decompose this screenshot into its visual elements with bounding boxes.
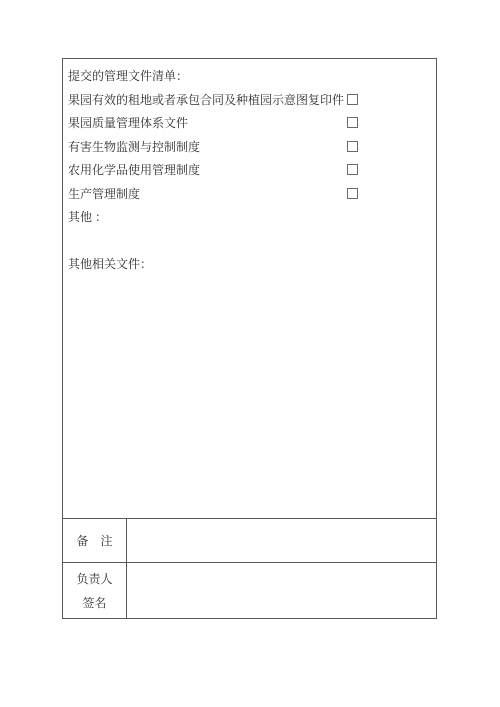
remark-row: 备 注 [63,519,436,563]
signature-label-cell: 负责人 签名 [63,563,127,618]
checklist-cell: 提交的管理文件清单： 果园有效的租地或者承包合同及种植园示意图复印件 果园质量管… [63,59,436,519]
checklist-item-label: 果园有效的租地或者承包合同及种植园示意图复印件 [68,91,344,108]
checkbox-icon [347,188,358,199]
checklist-item: 果园质量管理体系文件 [68,111,358,135]
remark-label: 备 注 [76,529,112,553]
checkbox-icon [347,94,358,105]
other-label: 其他 ： [68,208,107,225]
remark-value-cell [127,519,436,562]
other-row: 其他 ： [68,205,436,229]
checklist-item: 果园有效的租地或者承包合同及种植园示意图复印件 [68,88,358,112]
remark-label-cell: 备 注 [63,519,127,562]
signature-label-line2: 签名 [82,591,106,615]
checklist-item: 生产管理制度 [68,182,358,206]
document-table: 提交的管理文件清单： 果园有效的租地或者承包合同及种植园示意图复印件 果园质量管… [62,58,437,619]
signature-label-line1: 负责人 [76,567,112,591]
checklist-item: 农用化学品使用管理制度 [68,158,358,182]
signature-row: 负责人 签名 [63,563,436,618]
checkbox-icon [347,141,358,152]
checklist-item-label: 生产管理制度 [68,185,140,202]
blank-line [68,229,436,253]
checkbox-icon [347,117,358,128]
document-page: 提交的管理文件清单： 果园有效的租地或者承包合同及种植园示意图复印件 果园质量管… [0,0,500,707]
other-documents-row: 其他相关文件： [68,252,436,276]
checklist-item: 有害生物监测与控制制度 [68,135,358,159]
checkbox-icon [347,164,358,175]
checklist-title: 提交的管理文件清单： [68,67,188,84]
checklist-item-label: 有害生物监测与控制制度 [68,138,200,155]
checklist-item-label: 农用化学品使用管理制度 [68,161,200,178]
checklist-item-label: 果园质量管理体系文件 [68,114,188,131]
signature-value-cell [127,563,436,618]
checklist-title-row: 提交的管理文件清单： [68,64,436,88]
other-documents-label: 其他相关文件： [68,255,152,272]
